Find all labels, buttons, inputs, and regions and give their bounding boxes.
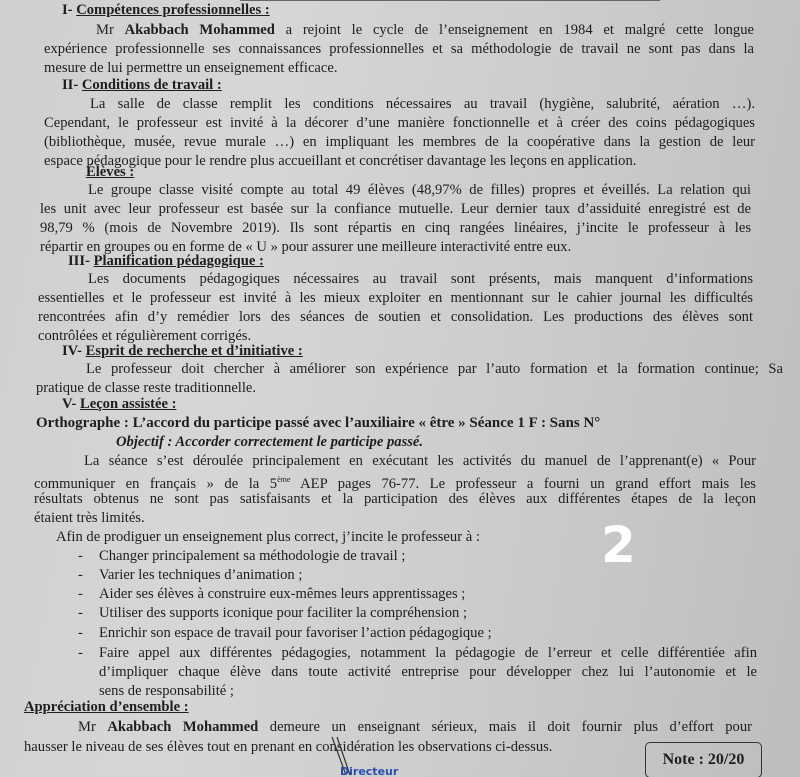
section-title: Appréciation d’ensemble : [24,699,189,715]
paragraph-line: les unit avec leur professeur est basée … [40,199,751,219]
paragraph-line: expérience professionnelle ses connaissa… [44,39,754,59]
paragraph-line: Le groupe classe visité compte au total … [88,180,751,200]
paragraph-line: étaient très limités. [34,508,145,528]
recommendation-item: Changer principalement sa méthodologie d… [99,546,405,566]
paragraph-line: Mr Akabbach Mohammed demeure un enseigna… [78,717,752,737]
lesson-objective: Objectif : Accorder correctement le part… [116,432,423,452]
section-title: Planification pédagogique : [94,253,264,269]
section-title: Esprit de recherche et d’initiative : [86,343,303,359]
bullet: - [78,565,83,585]
director-stamp: Directeur [340,765,398,777]
section-heading-appreciation: Appréciation d’ensemble : [24,697,189,717]
grade-box: Note : 20/20 [645,742,762,777]
scanned-document-page: I- Compétences professionnelles : Mr Aka… [0,0,800,777]
recommendation-text: d’impliquer chaque élève dans toute acti… [99,662,757,682]
bullet: - [78,546,83,566]
bullet: - [78,584,83,604]
section-heading-lecon: V- Leçon assistée : [62,394,176,414]
section-number: I- [62,2,73,18]
paragraph-line: La salle de classe remplit les condition… [90,94,755,114]
text: a rejoint le cycle de l’enseignement en … [275,22,754,38]
section-heading-competences: I- Compétences professionnelles : [62,0,270,20]
paragraph-line: essentielles et le professeur est invité… [38,288,753,308]
text: Mr [78,719,107,735]
bullet: - [78,623,83,643]
paragraph-line: rencontrées afin d’y remédier lors des s… [38,307,753,327]
text: Mr [96,22,125,38]
section-number: III- [68,253,90,269]
teacher-name: Akabbach Mohammed [125,22,275,38]
section-number: V- [62,396,76,412]
recommendations-intro: Afin de prodiguer un enseignement plus c… [56,527,480,547]
section-title: Conditions de travail : [82,77,222,93]
section-heading-conditions: II- Conditions de travail : [62,75,222,95]
text: demeure un enseignant sérieux, mais il d… [258,719,752,735]
recommendation-item: Varier les techniques d’animation ; [99,565,302,585]
section-title: Leçon assistée : [80,396,176,412]
section-heading-eleves: Élèves : [86,162,134,182]
bullet: - [78,603,83,623]
section-heading-planification: III- Planification pédagogique : [68,251,264,271]
bullet: - [78,645,83,661]
paragraph-line: hausser le niveau de ses élèves tout en … [24,737,552,757]
paragraph-line: Cependant, le professeur est invité à la… [44,113,755,133]
recommendation-item: Enrichir son espace de travail pour favo… [99,623,492,643]
paragraph-line: 98,79 % (mois de Novembre 2019). Ils son… [40,218,751,238]
recommendation-item: - [78,643,83,663]
recommendation-item: Aider ses élèves à construire eux-mêmes … [99,584,465,604]
section-number: II- [62,77,78,93]
recommendation-text: Faire appel aux différentes pédagogies, … [99,643,757,663]
paragraph-line: Mr Akabbach Mohammed a rejoint le cycle … [96,20,754,40]
top-rule [240,0,660,1]
recommendation-item: Utiliser des supports iconique pour faci… [99,603,467,623]
page-marker: 2 [601,520,636,570]
teacher-name: Akabbach Mohammed [107,719,258,735]
paragraph-line: résultats obtenus ne sont pas satisfaisa… [34,489,756,509]
section-title: Élèves : [86,164,134,180]
paragraph-line: Les documents pédagogiques nécessaires a… [88,269,753,289]
superscript: ème [277,475,290,484]
section-number: IV- [62,343,82,359]
paragraph-line: La séance s’est déroulée principalement … [84,451,756,471]
lesson-heading: Orthographe : L’accord du participe pass… [36,413,600,433]
section-heading-recherche: IV- Esprit de recherche et d’initiative … [62,341,303,361]
paragraph-line: (bibliothèque, musée, revue murale …) en… [44,132,755,152]
paragraph-line: Le professeur doit chercher à améliorer … [86,359,783,379]
section-title: Compétences professionnelles : [76,2,269,18]
